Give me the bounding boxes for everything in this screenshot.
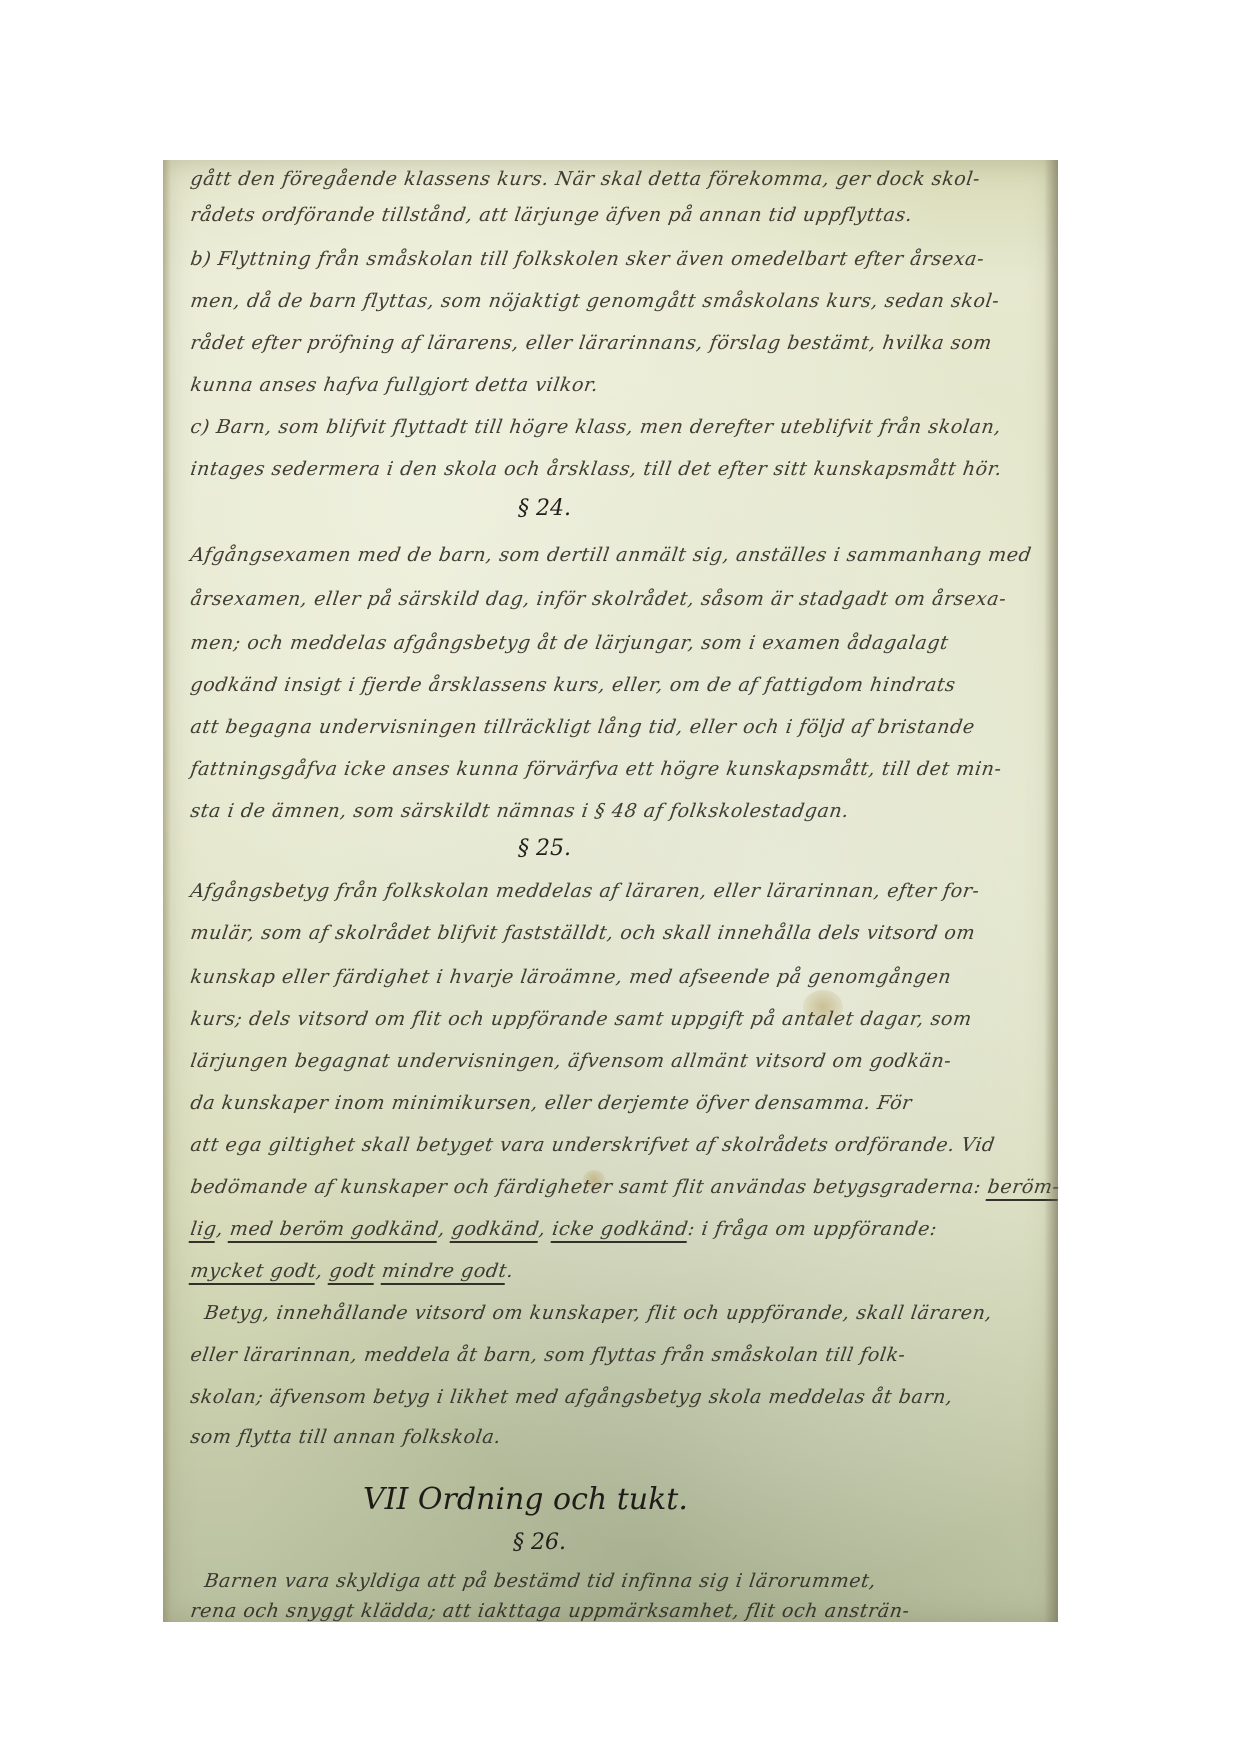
text-line: mulär, som af skolrådet blifvit faststäl…: [189, 922, 1037, 944]
chapter-heading: VII Ordning och tukt.: [363, 1482, 688, 1517]
text-line: gått den föregående klassens kurs. När s…: [189, 168, 1037, 190]
text-line: kunna anses hafva fullgjort detta vilkor…: [189, 374, 1037, 396]
grade-icke-godkand: icke godkänd: [550, 1218, 689, 1243]
text-line: Afgångsexamen med de barn, som dertill a…: [189, 544, 1037, 566]
text-line-grades: bedömande af kunskaper och färdigheter s…: [189, 1176, 1037, 1198]
grade-line-prefix: bedömande af kunskaper och färdigheter s…: [189, 1176, 989, 1198]
text-line-conduct: mycket godt, godt mindre godt.: [189, 1260, 1037, 1282]
text-line: lärjungen begagnat undervisningen, äfven…: [189, 1050, 1037, 1072]
text-line: rådets ordförande tillstånd, att lärjung…: [189, 204, 1037, 226]
grade-beromlig-end: lig: [189, 1218, 219, 1243]
text-line: att begagna undervisningen tillräckligt …: [189, 716, 1037, 738]
text-line: c) Barn, som blifvit flyttadt till högre…: [189, 416, 1037, 438]
text-line: rena och snyggt klädda; att iakttaga upp…: [189, 1600, 1037, 1622]
grade-med-berom-godkand: med beröm godkänd: [228, 1218, 440, 1243]
section-heading-24: § 24.: [518, 496, 571, 521]
manuscript-page: gått den föregående klassens kurs. När s…: [163, 160, 1058, 1622]
text-line: kunskap eller färdighet i hvarje läroämn…: [189, 966, 1037, 988]
grade-beromlig-start: beröm-: [986, 1176, 1061, 1201]
text-line: kurs; dels vitsord om flit och uppförand…: [189, 1008, 1037, 1030]
text-line: b) Flyttning från småskolan till folksko…: [189, 248, 1037, 270]
text-line: intages sedermera i den skola och årskla…: [189, 458, 1037, 480]
section-heading-25: § 25.: [518, 836, 571, 861]
text-line: Betyg, innehållande vitsord om kunskaper…: [203, 1302, 1051, 1324]
text-line: som flytta till annan folkskola.: [189, 1426, 1037, 1448]
section-heading-26: § 26.: [513, 1530, 566, 1555]
text-line: årsexamen, eller på särskild dag, inför …: [189, 588, 1037, 610]
conduct-mycket-godt: mycket godt: [189, 1260, 318, 1285]
text-line: godkänd insigt i fjerde årsklassens kurs…: [189, 674, 1037, 696]
text-line: sta i de ämnen, som särskildt nämnas i §…: [189, 800, 1037, 822]
text-line: Barnen vara skyldiga att på bestämd tid …: [203, 1570, 1051, 1592]
conduct-mindre-godt: mindre godt: [380, 1260, 508, 1285]
text-line: att ega giltighet skall betyget vara und…: [189, 1134, 1037, 1156]
text-line: rådet efter pröfning af lärarens, eller …: [189, 332, 1037, 354]
text-line: Afgångsbetyg från folkskolan meddelas af…: [189, 880, 1037, 902]
text-line: fattningsgåfva icke anses kunna förvärfv…: [189, 758, 1037, 780]
text-line: skolan; äfvensom betyg i likhet med afgå…: [189, 1386, 1037, 1408]
text-line: da kunskaper inom minimikursen, eller de…: [189, 1092, 1037, 1114]
text-line-grades-2: lig, med beröm godkänd, godkänd, icke go…: [189, 1218, 1037, 1240]
text-line: men; och meddelas afgångsbetyg åt de lär…: [189, 632, 1037, 654]
conduct-godt: godt: [328, 1260, 377, 1285]
text-line: eller lärarinnan, meddela åt barn, som f…: [189, 1344, 1037, 1366]
grade-godkand: godkänd: [450, 1218, 541, 1243]
text-line: men, då de barn flyttas, som nöjaktigt g…: [189, 290, 1037, 312]
